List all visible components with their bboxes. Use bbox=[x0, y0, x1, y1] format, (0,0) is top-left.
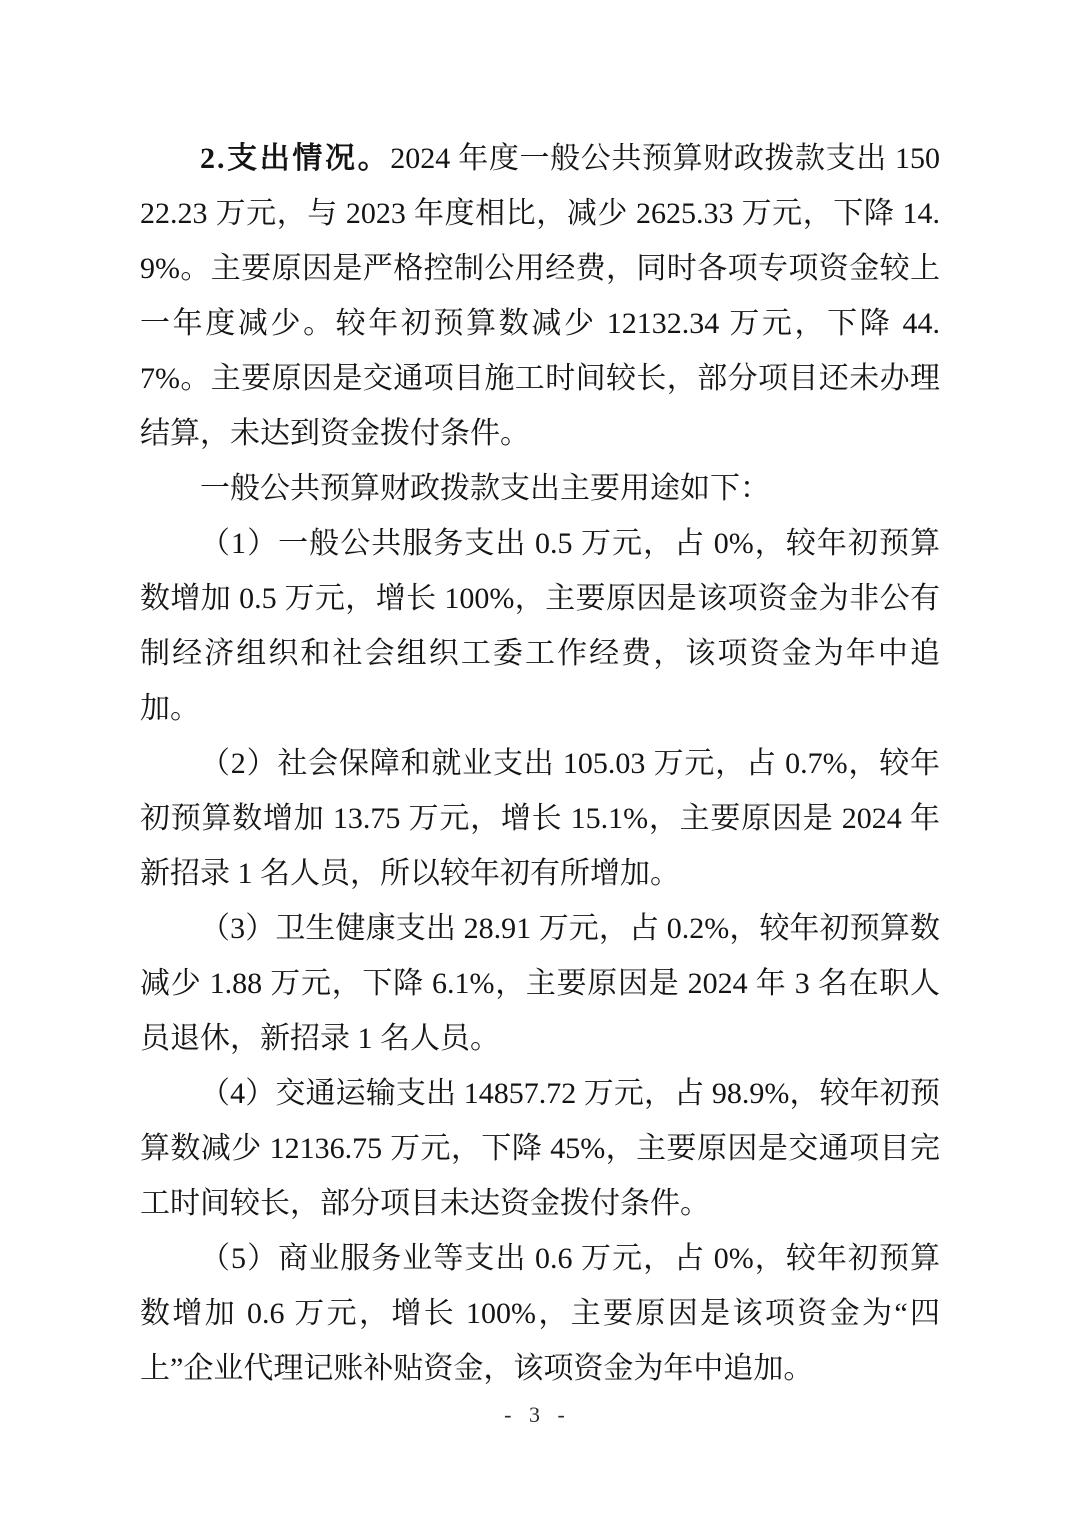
paragraph-text: 2024 年度一般公共预算财政拨款支出 15022.23 万元，与 2023 年… bbox=[140, 142, 940, 450]
paragraph-lead: 2.支出情况。 bbox=[200, 142, 390, 175]
paragraph-text: （5）商业服务业等支出 0.6 万元，占 0%，较年初预算数增加 0.6 万元，… bbox=[140, 1242, 940, 1385]
paragraph: （2）社会保障和就业支出 105.03 万元，占 0.7%，较年初预算数增加 1… bbox=[140, 736, 940, 901]
paragraph-text: （1）一般公共服务支出 0.5 万元，占 0%，较年初预算数增加 0.5 万元，… bbox=[140, 527, 940, 725]
page-number: - 3 - bbox=[0, 1402, 1075, 1428]
paragraph: （1）一般公共服务支出 0.5 万元，占 0%，较年初预算数增加 0.5 万元，… bbox=[140, 516, 940, 736]
paragraph-text: （4）交通运输支出 14857.72 万元，占 98.9%，较年初预算数减少 1… bbox=[140, 1077, 940, 1220]
document-body: 2.支出情况。2024 年度一般公共预算财政拨款支出 15022.23 万元，与… bbox=[140, 131, 940, 1396]
paragraph: （3）卫生健康支出 28.91 万元，占 0.2%，较年初预算数减少 1.88 … bbox=[140, 901, 940, 1066]
paragraph-text: 一般公共预算财政拨款支出主要用途如下： bbox=[200, 472, 770, 505]
paragraph: （5）商业服务业等支出 0.6 万元，占 0%，较年初预算数增加 0.6 万元，… bbox=[140, 1231, 940, 1396]
paragraph: （4）交通运输支出 14857.72 万元，占 98.9%，较年初预算数减少 1… bbox=[140, 1066, 940, 1231]
paragraph: 2.支出情况。2024 年度一般公共预算财政拨款支出 15022.23 万元，与… bbox=[140, 131, 940, 461]
paragraph: 一般公共预算财政拨款支出主要用途如下： bbox=[140, 461, 940, 516]
paragraph-text: （3）卫生健康支出 28.91 万元，占 0.2%，较年初预算数减少 1.88 … bbox=[140, 912, 940, 1055]
paragraph-text: （2）社会保障和就业支出 105.03 万元，占 0.7%，较年初预算数增加 1… bbox=[140, 747, 940, 890]
document-page: 2.支出情况。2024 年度一般公共预算财政拨款支出 15022.23 万元，与… bbox=[0, 0, 1075, 1520]
